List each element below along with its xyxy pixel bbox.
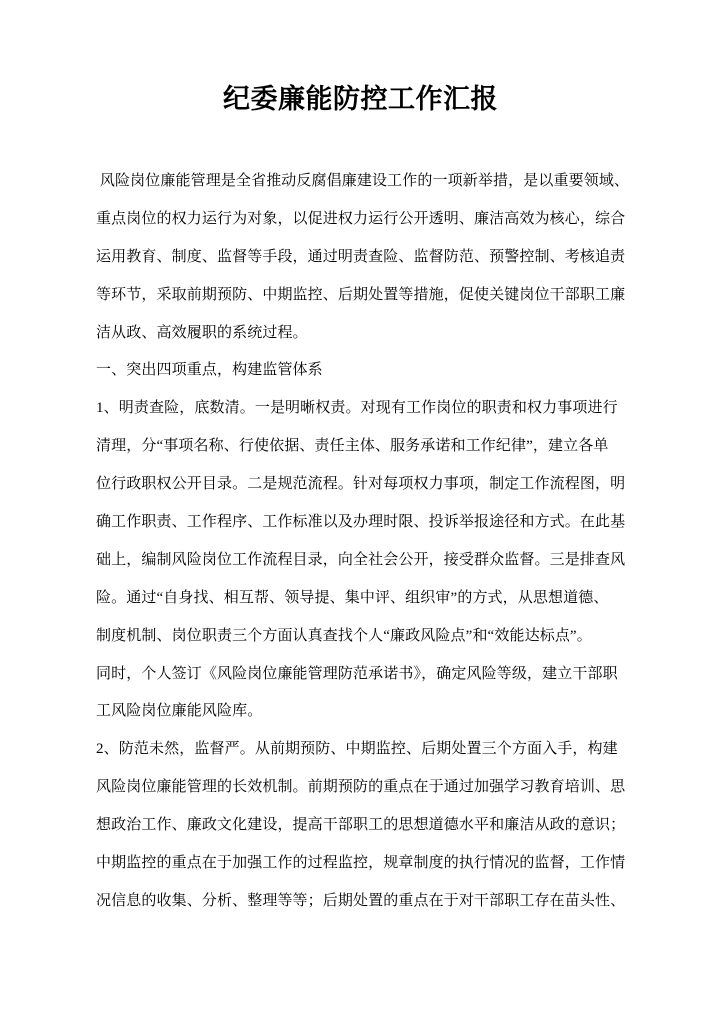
text-line: 洁从政、高效履职的系统过程。 [96, 315, 626, 353]
text-line: 清理，分“事项名称、行使依据、责任主体、服务承诺和工作纪律”，建立各单 [96, 428, 626, 466]
text-line: 同时，个人签订《风险岗位廉能管理防范承诺书》，确定风险等级，建立干部职 [96, 656, 626, 694]
text-line: 础上，编制风险岗位工作流程目录，向全社会公开，接受群众监督。三是排查风 [96, 542, 626, 580]
text-line: 况信息的收集、分析、整理等等；后期处置的重点在于对干部职工存在苗头性、 [96, 883, 626, 921]
document-page: 纪委廉能防控工作汇报 风险岗位廉能管理是全省推动反腐倡廉建设工作的一项新举措，是… [0, 0, 721, 1020]
text-line: 2、防范未然，监督严。从前期预防、中期监控、后期处置三个方面入手，构建 [96, 731, 626, 769]
text-line: 1、明责查险，底数清。一是明晰权责。对现有工作岗位的职责和权力事项进行 [96, 390, 626, 428]
document-title: 纪委廉能防控工作汇报 [0, 79, 721, 119]
text-line: 一、突出四项重点，构建监管体系 [96, 352, 626, 390]
text-line: 工风险岗位廉能风险库。 [96, 693, 626, 731]
text-line: 运用教育、制度、监督等手段，通过明责查险、监督防范、预警控制、考核追责 [96, 239, 626, 277]
text-line: 风险岗位廉能管理是全省推动反腐倡廉建设工作的一项新举措，是以重要领域、 [96, 163, 626, 201]
text-line: 制度机制、岗位职责三个方面认真查找个人“廉政风险点”和“效能达标点”。 [96, 618, 626, 656]
text-line: 确工作职责、工作程序、工作标准以及办理时限、投诉举报途径和方式。在此基 [96, 504, 626, 542]
section-heading: 一、突出四项重点，构建监管体系 [96, 352, 626, 390]
text-line: 想政治工作、廉政文化建设，提高干部职工的思想道德水平和廉洁从政的意识； [96, 807, 626, 845]
text-line: 中期监控的重点在于加强工作的过程监控，规章制度的执行情况的监督，工作情 [96, 845, 626, 883]
body-paragraph: 2、防范未然，监督严。从前期预防、中期监控、后期处置三个方面入手，构建风险岗位廉… [96, 731, 626, 920]
text-line: 位行政职权公开目录。二是规范流程。针对每项权力事项，制定工作流程图，明 [96, 466, 626, 504]
document-body: 风险岗位廉能管理是全省推动反腐倡廉建设工作的一项新举措，是以重要领域、重点岗位的… [96, 163, 626, 921]
text-line: 险。通过“自身找、相互帮、领导提、集中评、组织审”的方式，从思想道德、 [96, 580, 626, 618]
text-line: 风险岗位廉能管理的长效机制。前期预防的重点在于通过加强学习教育培训、思 [96, 769, 626, 807]
body-paragraph: 1、明责查险，底数清。一是明晰权责。对现有工作岗位的职责和权力事项进行清理，分“… [96, 390, 626, 731]
text-line: 等环节，采取前期预防、中期监控、后期处置等措施，促使关键岗位干部职工廉 [96, 277, 626, 315]
text-line: 重点岗位的权力运行为对象，以促进权力运行公开透明、廉洁高效为核心，综合 [96, 201, 626, 239]
body-paragraph: 风险岗位廉能管理是全省推动反腐倡廉建设工作的一项新举措，是以重要领域、重点岗位的… [96, 163, 626, 352]
